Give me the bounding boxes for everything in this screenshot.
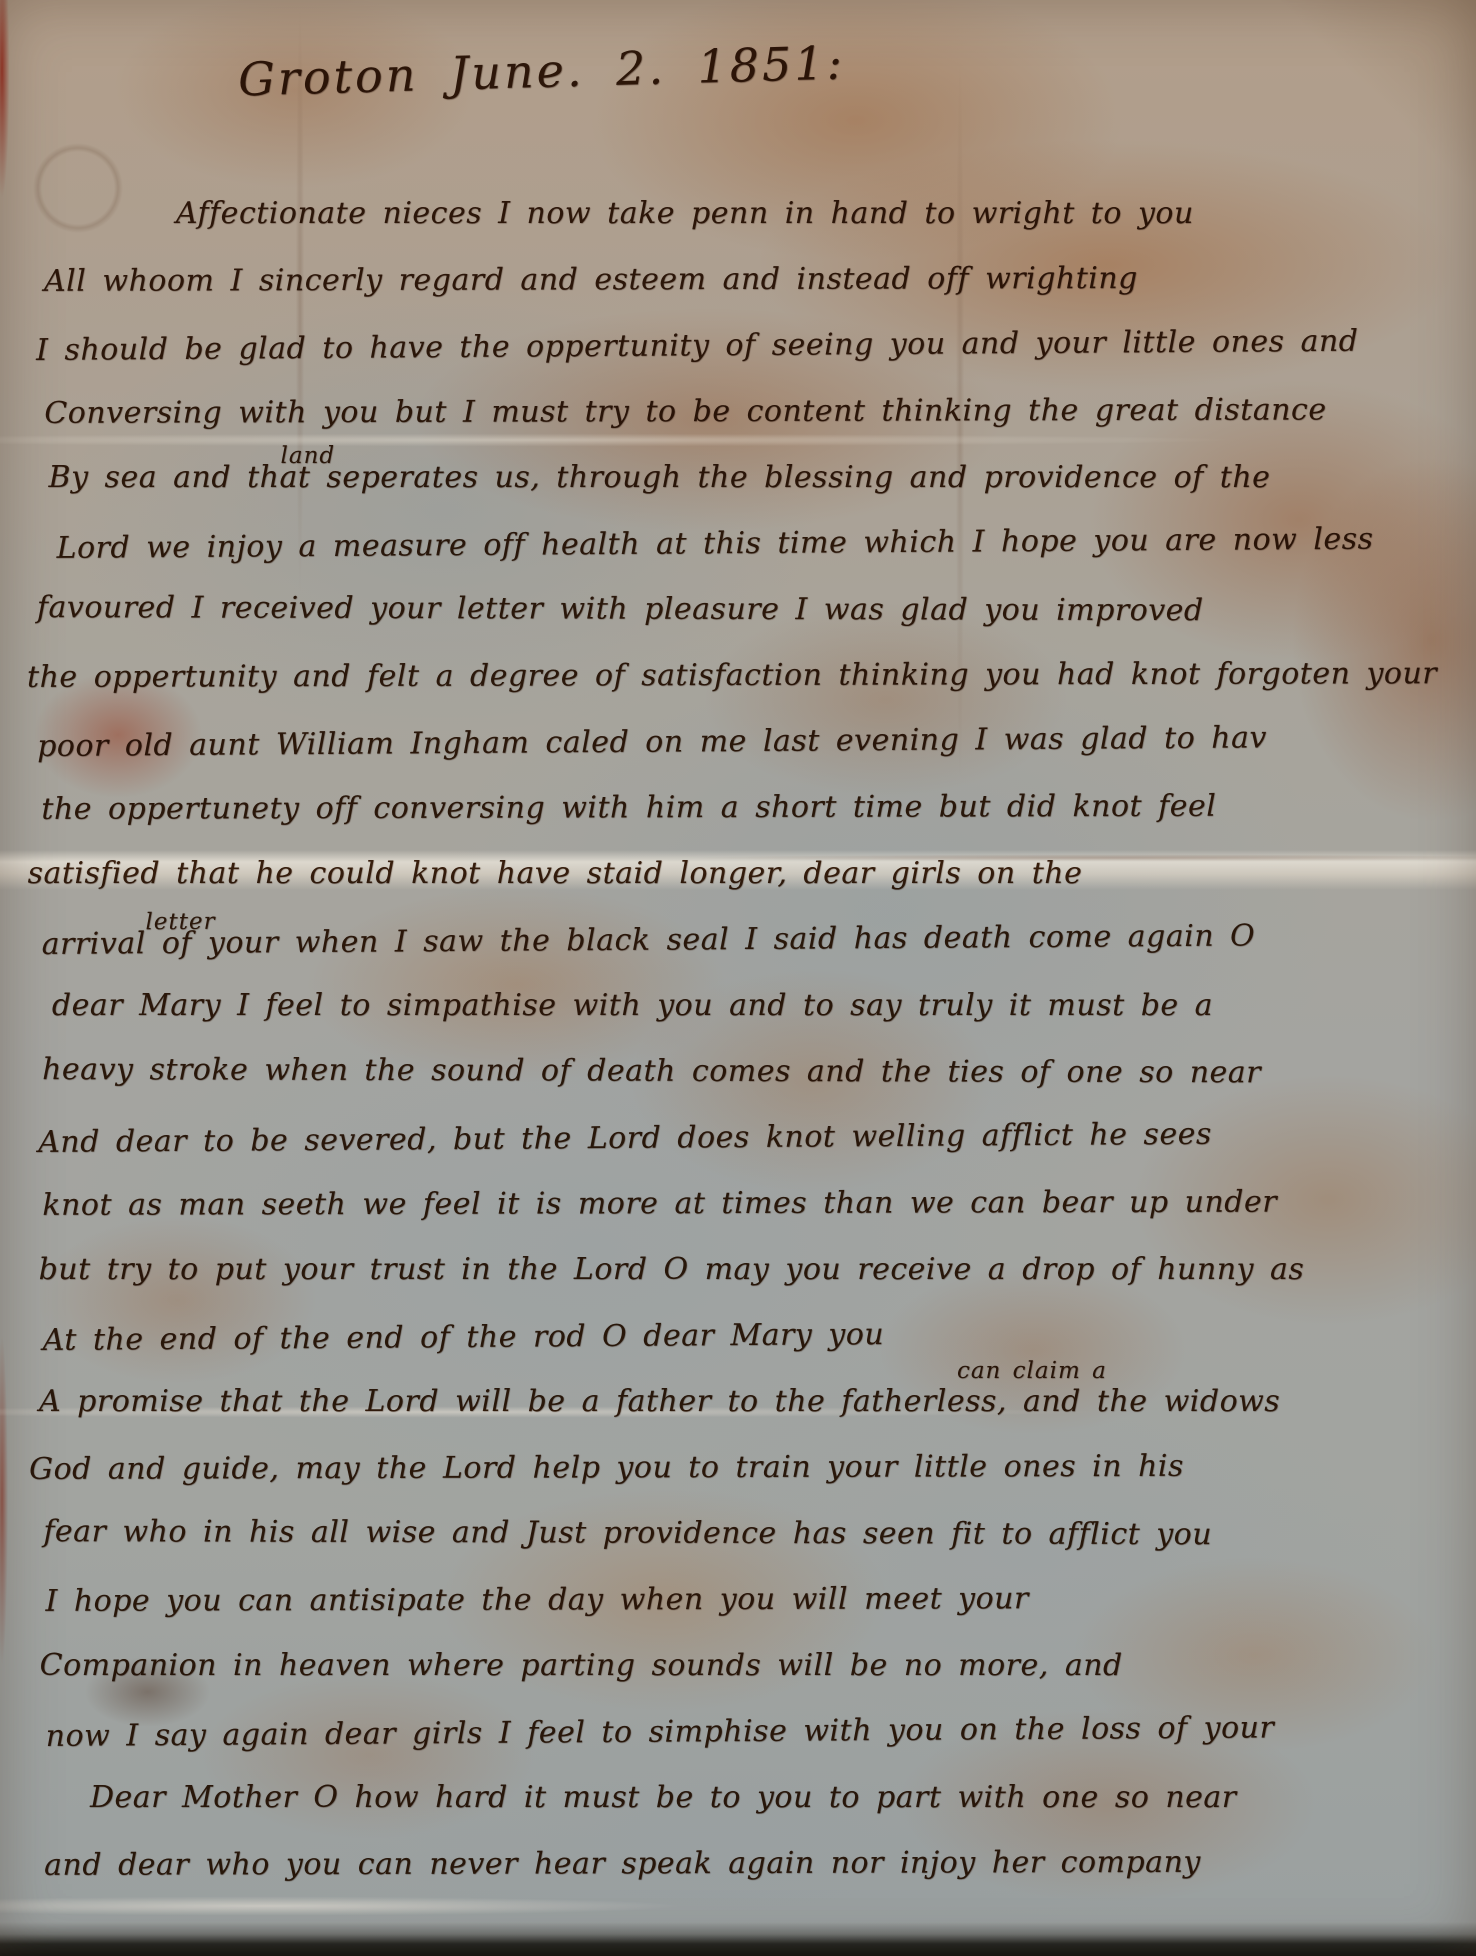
letter-line: landBy sea and that seperates us, throug… bbox=[49, 460, 1465, 526]
letter-line: satisfied that he could knot have staid … bbox=[28, 856, 1466, 922]
letter-line: Dear Mother O how hard it must be to you… bbox=[90, 1780, 1468, 1846]
letter-body: Affectionate nieces I now take penn in h… bbox=[26, 194, 1468, 1914]
letter-line: All whoom I sincerly regard and esteem a… bbox=[44, 260, 1464, 330]
letter-line: I hope you can antisipate the day when y… bbox=[45, 1580, 1467, 1650]
interline-insertion-land: land bbox=[281, 443, 336, 469]
letter-line: I should be glad to have the oppertunity… bbox=[36, 323, 1464, 399]
letter-line: the oppertunity and felt a degree of sat… bbox=[27, 656, 1465, 726]
letter-line: knot as man seeth we feel it is more at … bbox=[42, 1184, 1466, 1254]
letter-line-text: A promise that the Lord will be a father… bbox=[39, 1384, 1280, 1419]
letter-dateline: Groton June. 2. 1851: bbox=[237, 36, 845, 107]
interline-insertion-letter: letter bbox=[145, 909, 215, 935]
letter-line-text: arrival of your when I saw the black sea… bbox=[42, 918, 1256, 961]
letter-line: Companion in heaven where parting sounds… bbox=[40, 1648, 1468, 1714]
letter-line: favoured I received your letter with ple… bbox=[37, 590, 1465, 660]
letter-line: heavy stroke when the sound of death com… bbox=[42, 1052, 1466, 1122]
letter-line: fear who in his all wise and Just provid… bbox=[43, 1514, 1467, 1584]
letter-line: God and guide, may the Lord help you to … bbox=[29, 1448, 1467, 1518]
letter-line: And dear to be severed, but the Lord doe… bbox=[38, 1115, 1466, 1191]
letter-page: Groton June. 2. 1851: Affectionate niece… bbox=[0, 0, 1476, 1956]
letter-line: Conversing with you but I must try to be… bbox=[44, 392, 1464, 462]
letter-line-text: By sea and that seperates us, through th… bbox=[49, 460, 1271, 495]
letter-line: now I say again dear girls I feel to sim… bbox=[46, 1709, 1468, 1785]
interline-insertion-can-claim-a: can claim a bbox=[957, 1358, 1107, 1384]
letter-line: At the end of the end of the rod O dear … bbox=[43, 1313, 1467, 1389]
letter-line: Affectionate nieces I now take penn in h… bbox=[176, 196, 1464, 262]
letter-line: poor old aunt William Ingham caled on me… bbox=[37, 719, 1465, 795]
letter-line: and dear who you can never hear speak ag… bbox=[44, 1844, 1468, 1914]
letter-line: letterarrival of your when I saw the bla… bbox=[42, 917, 1466, 993]
letter-line: the oppertunety off conversing with him … bbox=[41, 788, 1465, 858]
letter-line: but try to put your trust in the Lord O … bbox=[39, 1252, 1467, 1318]
letter-line: Lord we injoy a measure off health at th… bbox=[56, 521, 1464, 597]
letter-line: can claim aA promise that the Lord will … bbox=[39, 1384, 1467, 1450]
letter-line: dear Mary I feel to simpathise with you … bbox=[52, 988, 1466, 1054]
